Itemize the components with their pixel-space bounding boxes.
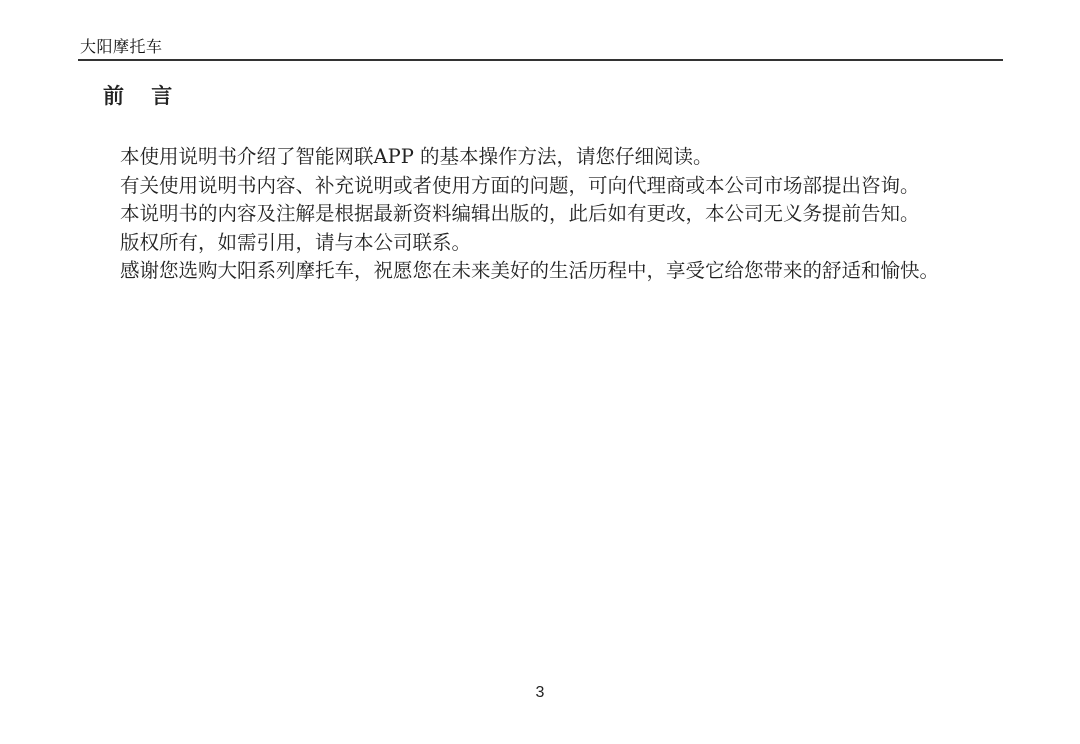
paragraph-intro: 本使用说明书介绍了智能网联APP 的基本操作方法，请您仔细阅读。	[82, 143, 1004, 172]
preface-body: 本使用说明书介绍了智能网联APP 的基本操作方法，请您仔细阅读。 有关使用说明书…	[82, 143, 1004, 286]
page-header: 大阳摩托车	[78, 36, 1003, 60]
header-divider	[78, 59, 1003, 61]
paragraph-copyright: 版权所有，如需引用，请与本公司联系。	[82, 229, 1004, 258]
section-title-preface: 前 言	[103, 83, 182, 109]
page-number: 3	[0, 683, 1080, 703]
paragraph-thanks: 感谢您选购大阳系列摩托车，祝愿您在未来美好的生活历程中，享受它给您带来的舒适和愉…	[82, 257, 1004, 286]
paragraph-changes-notice: 本说明书的内容及注解是根据最新资料编辑出版的，此后如有更改，本公司无义务提前告知…	[82, 200, 1004, 229]
paragraph-inquiry: 有关使用说明书内容、补充说明或者使用方面的问题，可向代理商或本公司市场部提出咨询…	[82, 172, 1004, 201]
brand-header-title: 大阳摩托车	[80, 36, 163, 58]
